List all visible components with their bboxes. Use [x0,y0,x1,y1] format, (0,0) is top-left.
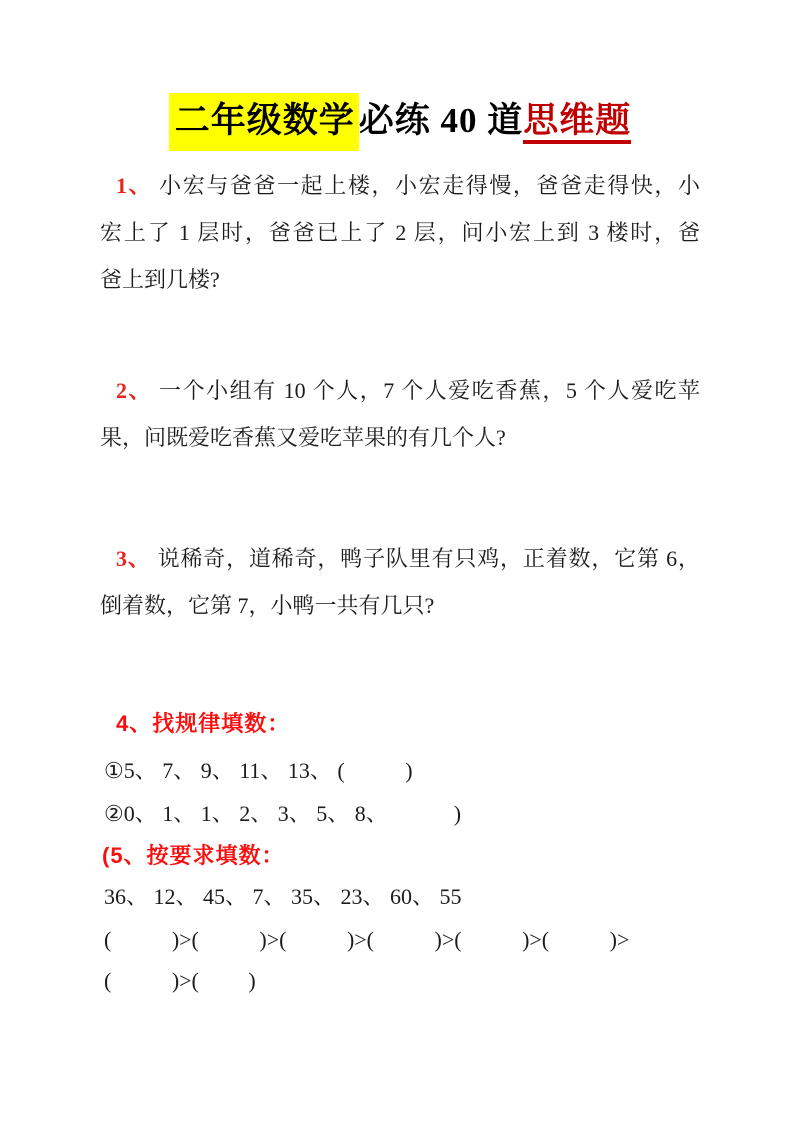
question-5-numbers: 36、 12、 45、 7、 35、 23、 60、 55 [104,880,704,913]
question-1-line-3: 爸上到几楼? [100,263,700,296]
question-2-number: 2、 [116,378,159,403]
question-3-text-1: 说稀奇，道稀奇，鸭子队里有只鸡，正着数，它第 6， [158,546,700,571]
question-5-blanks-row-2: ( )>( ) [104,964,704,997]
question-5-blanks-row-1: ( )>( )>( )>( )>( )>( )> [104,923,744,956]
question-1-text-1: 小宏与爸爸一起上楼，小宏走得慢，爸爸走得快，小 [159,173,700,198]
title-highlighted-text: 二年级数学 [169,93,359,151]
question-5-heading: (5、按要求填数： [102,839,702,872]
question-2-line-2: 果，问既爱吃香蕉又爱吃苹果的有几个人? [100,421,700,454]
question-3-text-2: 倒着数，它第 7，小鸭一共有几只? [100,593,434,618]
question-2-text-2: 果，问既爱吃香蕉又爱吃苹果的有几个人? [100,425,506,450]
question-4-item-1: ①5、 7、 9、 11、 13、 ( ) [104,754,704,787]
question-1-line-1: 1、小宏与爸爸一起上楼，小宏走得慢，爸爸走得快，小 [100,169,700,202]
question-1-number: 1、 [116,173,159,198]
worksheet-page: 二年级数学必练 40 道思维题 1、小宏与爸爸一起上楼，小宏走得慢，爸爸走得快，… [0,0,800,1131]
question-3-line-1: 3、说稀奇，道稀奇，鸭子队里有只鸡，正着数，它第 6， [100,542,700,575]
question-2-line-1: 2、一个小组有 10 个人，7 个人爱吃香蕉，5 个人爱吃苹 [100,374,700,407]
title-underlined-text: 思维题 [523,101,631,144]
question-3-number: 3、 [116,546,158,571]
question-4-item-2: ②0、 1、 1、 2、 3、 5、 8、 ) [104,797,704,830]
question-2-text-1: 一个小组有 10 个人，7 个人爱吃香蕉，5 个人爱吃苹 [159,378,700,403]
question-1-line-2: 宏上了 1 层时，爸爸已上了 2 层，问小宏上到 3 楼时，爸 [100,216,700,249]
question-3-line-2: 倒着数，它第 7，小鸭一共有几只? [100,589,700,622]
page-title: 二年级数学必练 40 道思维题 [0,92,800,151]
question-1-text-2: 宏上了 1 层时，爸爸已上了 2 层，问小宏上到 3 楼时，爸 [100,220,700,245]
title-plain-text: 必练 40 道 [359,101,524,140]
question-1-text-3: 爸上到几楼? [100,267,220,292]
question-4-heading: 4、找规律填数： [100,707,700,740]
